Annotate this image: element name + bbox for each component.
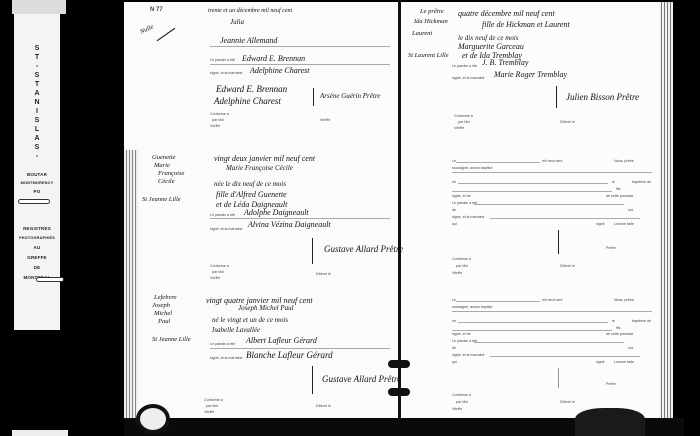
margin-note: Joseph (152, 302, 170, 310)
form-rule (456, 301, 540, 302)
form-label: Vérifié (452, 271, 462, 275)
form-label: soussigné, avons baptisé (452, 166, 492, 170)
card-title-line: AU (14, 245, 60, 251)
entry-line: née le dix neuf de ce mois (214, 180, 286, 188)
form-label: Délivré le (316, 404, 331, 408)
card-letter: S (14, 44, 60, 53)
form-label: Vérifié (320, 118, 330, 122)
form-label: signé, et la marraine (452, 215, 485, 219)
book-spine (398, 0, 401, 436)
margin-note: Laurent (412, 30, 432, 38)
form-label: Le parrain a été (210, 342, 235, 346)
signature: Gustave Allard Prêtre (322, 374, 401, 384)
target-card-top (12, 0, 66, 14)
record-number: N 77 (150, 7, 163, 13)
side-note: St Jeanne Lille (142, 196, 181, 204)
margin-note: Cécile (158, 178, 175, 186)
form-label: Délivré le (560, 400, 575, 404)
form-label: Délivré le (316, 272, 331, 276)
form-label: Le parrain a été (210, 58, 235, 62)
form-label: Vérifié (452, 407, 462, 411)
margin-note: Nulle (139, 23, 155, 36)
form-label: Délivré le (560, 120, 575, 124)
entry-line: Julia (230, 18, 244, 26)
card-letter: N (14, 98, 60, 107)
form-label: Le parrain a été (210, 213, 235, 217)
entry-line: Marie Françoise Cécile (226, 164, 293, 172)
form-rule (452, 330, 612, 331)
entry-line: J. B. Tremblay (482, 58, 528, 67)
card-letter: - (14, 62, 60, 71)
form-label: signé, et la marraine (210, 71, 243, 75)
form-label: Conforme à (454, 114, 473, 118)
paperclip-icon (36, 277, 64, 282)
card-letter: - (14, 152, 60, 161)
card-letter: I (14, 107, 60, 116)
signature-divider (312, 366, 313, 394)
form-label: soussigné, avons baptisé (452, 305, 492, 309)
margin-note: Lefebvre (154, 294, 177, 302)
card-letter: L (14, 125, 60, 134)
signature-divider (313, 88, 314, 106)
card-line-1: BOUTAR (14, 172, 60, 178)
form-label: par Moi (456, 264, 468, 268)
card-letter: T (14, 80, 60, 89)
form-rule (210, 218, 390, 219)
form-label: par Moi (456, 400, 468, 404)
form-rule (458, 183, 608, 184)
side-note: St Jeanne Lille (152, 336, 191, 344)
card-letter: S (14, 71, 60, 80)
card-title-line: GREFFE (14, 255, 60, 261)
side-note: St Laurent Lille (408, 52, 449, 60)
entry-line: Adolphe Daigneault (244, 208, 309, 217)
form-label: de (452, 346, 456, 350)
form-label: signé, et la marraine (210, 227, 243, 231)
form-label: par Moi (212, 270, 224, 274)
entry-line: trente et un décembre mil neuf cent (208, 8, 292, 14)
signature-divider (312, 238, 313, 264)
form-rule (210, 64, 390, 65)
form-label: par Moi (458, 120, 470, 124)
form-rule (490, 218, 640, 219)
form-label: né (452, 180, 456, 184)
signature-divider (558, 230, 559, 254)
card-title-line: PHOTOGRAPHIÉS (14, 235, 60, 241)
form-label: signé, et la marraine (210, 356, 243, 360)
parish-name-vertical: S T - S T A N I S L A S - (14, 44, 60, 161)
form-label: Conforme à (210, 112, 229, 116)
form-label: ont (628, 208, 633, 212)
card-line-3: PO (14, 189, 60, 195)
signature: Gustave Allard Prêtre (324, 244, 403, 254)
form-label: Prêtre (606, 246, 616, 250)
card-letter: S (14, 116, 60, 125)
entry-line: Joseph Michel Paul (238, 304, 294, 312)
card-letter: A (14, 89, 60, 98)
form-rule (452, 172, 652, 173)
form-label: fils (616, 326, 620, 330)
paperclip-icon (18, 199, 50, 204)
entry-line: Marguerite Garceau (458, 42, 524, 51)
entry-line: Edward E. Brennan (242, 54, 305, 63)
target-card: S T - S T A N I S L A S - BOUTAR MONTMOR… (14, 14, 60, 330)
margin-note: Marie (154, 162, 170, 170)
register-entry: Le prêtre Ida Hickman Laurent St Laurent… (402, 4, 658, 144)
right-page-edges (659, 2, 673, 426)
margin-note: Paul (158, 318, 170, 326)
form-label: Vérifié (204, 410, 214, 414)
form-rule (210, 348, 390, 349)
entry-line: Albert Lafleur Gérard (246, 336, 317, 345)
card-letter: A (14, 134, 60, 143)
entry-line: né le vingt et un de ce mois (212, 316, 288, 324)
register-entry: N 77 Nulle trente et un décembre mil neu… (130, 4, 398, 144)
card-letter: S (14, 143, 60, 152)
form-label: signé (596, 222, 605, 226)
form-label: par Moi (206, 404, 218, 408)
card-title-line: DE (14, 265, 60, 271)
form-label: fils (616, 187, 620, 191)
strike-mark (157, 28, 176, 41)
form-label: mil neuf cent (542, 159, 562, 163)
form-rule (456, 162, 540, 163)
form-label: ont (628, 346, 633, 350)
entry-line: vingt deux janvier mil neuf cent (214, 154, 315, 163)
form-label: Délivré le (560, 264, 575, 268)
entry-line: fille d'Alfred Guenette (216, 190, 287, 199)
margin-note: Françoise (158, 170, 184, 178)
card-line-2: MONTMORENCY (14, 180, 60, 186)
entry-line: quatre décembre mil neuf cent (458, 9, 555, 18)
form-label: qui (452, 222, 457, 226)
card-title-line: REGISTRES (14, 226, 60, 232)
form-label: Conforme à (452, 257, 471, 261)
form-rule (490, 356, 640, 357)
entry-line: fille de Hickman et Laurent (482, 20, 570, 29)
form-label: Prêtre (606, 382, 616, 386)
form-rule (452, 191, 612, 192)
entry-line: Alvina Vézina Daigneault (248, 220, 331, 229)
form-label: signé (596, 360, 605, 364)
form-label: de cette paroisse (606, 194, 633, 198)
entry-line: Jeannie Allemand (220, 36, 277, 45)
form-label: Conforme à (210, 264, 229, 268)
form-label: signé, et de (452, 194, 471, 198)
signature: Adelphine Charest (214, 96, 281, 106)
form-label: baptême de (632, 180, 651, 184)
margin-note: Guenette (152, 154, 175, 162)
entry-line: Marie Roger Tremblay (494, 70, 567, 79)
card-bottom-strip (12, 430, 68, 436)
form-label: Nous, prêtre (614, 159, 634, 163)
margin-note: Ida Hickman (414, 18, 448, 26)
form-label: signé, et la marraine (452, 76, 485, 80)
register-entry: Guenette Marie Françoise Cécile St Jeann… (130, 150, 398, 285)
form-label: signé, et de (452, 332, 471, 336)
form-label: par Moi (212, 118, 224, 122)
card-letter: T (14, 53, 60, 62)
signature-divider (558, 368, 559, 388)
form-label: Lecture faite (614, 222, 634, 226)
form-label: de cette paroisse (606, 332, 633, 336)
form-label: le (612, 319, 615, 323)
form-label: de (452, 208, 456, 212)
form-label: Vérifié (210, 124, 220, 128)
signature: Arsène Guérin Prêtre (320, 92, 380, 100)
form-label: Le parrain a été (452, 64, 477, 68)
form-label: Conforme à (452, 393, 471, 397)
form-label: Vérifié (210, 276, 220, 280)
form-label: Lecture faite (614, 360, 634, 364)
form-label: signé, et la marraine (452, 353, 485, 357)
form-rule (210, 46, 390, 47)
margin-note: Michel (154, 310, 172, 318)
form-label: baptême de (632, 319, 651, 323)
form-label: le (612, 180, 615, 184)
blank-register-entry: Le mil neuf cent Nous, prêtre soussigné,… (402, 292, 658, 417)
entry-line: Adelphine Charest (250, 66, 309, 75)
form-rule (474, 342, 624, 343)
form-rule (458, 322, 608, 323)
signature: Edward E. Brennan (216, 84, 287, 94)
entry-line: le dix neuf de ce mois (458, 34, 518, 42)
form-label: Conforme à (204, 398, 223, 402)
form-rule (452, 311, 652, 312)
form-label: mil neuf cent (542, 298, 562, 302)
form-label: qui (452, 360, 457, 364)
entry-line: Isabelle Lavallée (212, 326, 260, 334)
form-rule (474, 204, 624, 205)
margin-note: Le prêtre (420, 8, 444, 16)
form-label: Nous, prêtre (614, 298, 634, 302)
entry-line: Blanche Lafleur Gérard (246, 350, 333, 360)
register-entry: Lefebvre Joseph Michel Paul St Jeanne Li… (130, 292, 398, 417)
form-label: Vérifié (454, 126, 464, 130)
blank-register-entry: Le mil neuf cent Nous, prêtre soussigné,… (402, 150, 658, 285)
form-label: né (452, 319, 456, 323)
signature: Julien Bisson Prêtre (566, 92, 639, 102)
signature-divider (556, 86, 557, 108)
